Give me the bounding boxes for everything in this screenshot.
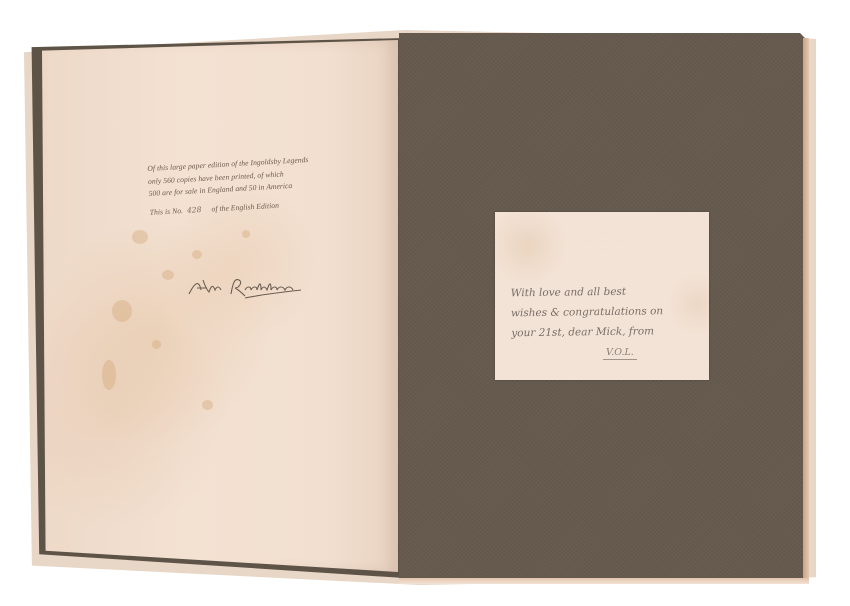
foxing-spot xyxy=(162,270,174,280)
message-line: your 21st, dear Mick, from xyxy=(511,321,701,344)
message-line: With love and all best xyxy=(511,281,701,304)
message-line: wishes & congratulations on xyxy=(511,301,701,324)
signature-icon xyxy=(185,272,305,302)
copy-prefix: This is No. xyxy=(149,206,183,217)
photo-scene: Of this large paper edition of the Ingol… xyxy=(0,0,850,606)
letterhead-line: · · · · · xyxy=(495,230,709,238)
limitation-statement: Of this large paper edition of the Ingol… xyxy=(147,153,335,219)
foxing-spot xyxy=(152,340,161,349)
letterhead-line: · · · · · · · · · xyxy=(495,238,709,246)
foxing-spot xyxy=(192,250,202,259)
foxing-spot xyxy=(102,360,116,390)
copy-number: 428 xyxy=(187,205,202,215)
handwritten-message: With love and all best wishes & congratu… xyxy=(511,281,702,344)
foxing-spot xyxy=(202,400,213,410)
copy-suffix: of the English Edition xyxy=(211,200,279,213)
card-letterhead: · · · · · · · · · · · · · · · · · · · xyxy=(495,230,709,254)
foxing-spot xyxy=(242,230,250,238)
left-page xyxy=(42,40,398,572)
tipped-in-card: · · · · · · · · · · · · · · · · · · · Wi… xyxy=(495,212,709,380)
bottom-page-edge xyxy=(399,578,809,584)
foxing-spot xyxy=(132,230,148,244)
foxing-spot xyxy=(112,300,132,322)
right-page-edge xyxy=(803,38,809,578)
artist-signature xyxy=(185,272,305,302)
letterhead-line: · · · · · xyxy=(495,246,709,254)
card-initials: V.O.L. xyxy=(603,347,637,360)
